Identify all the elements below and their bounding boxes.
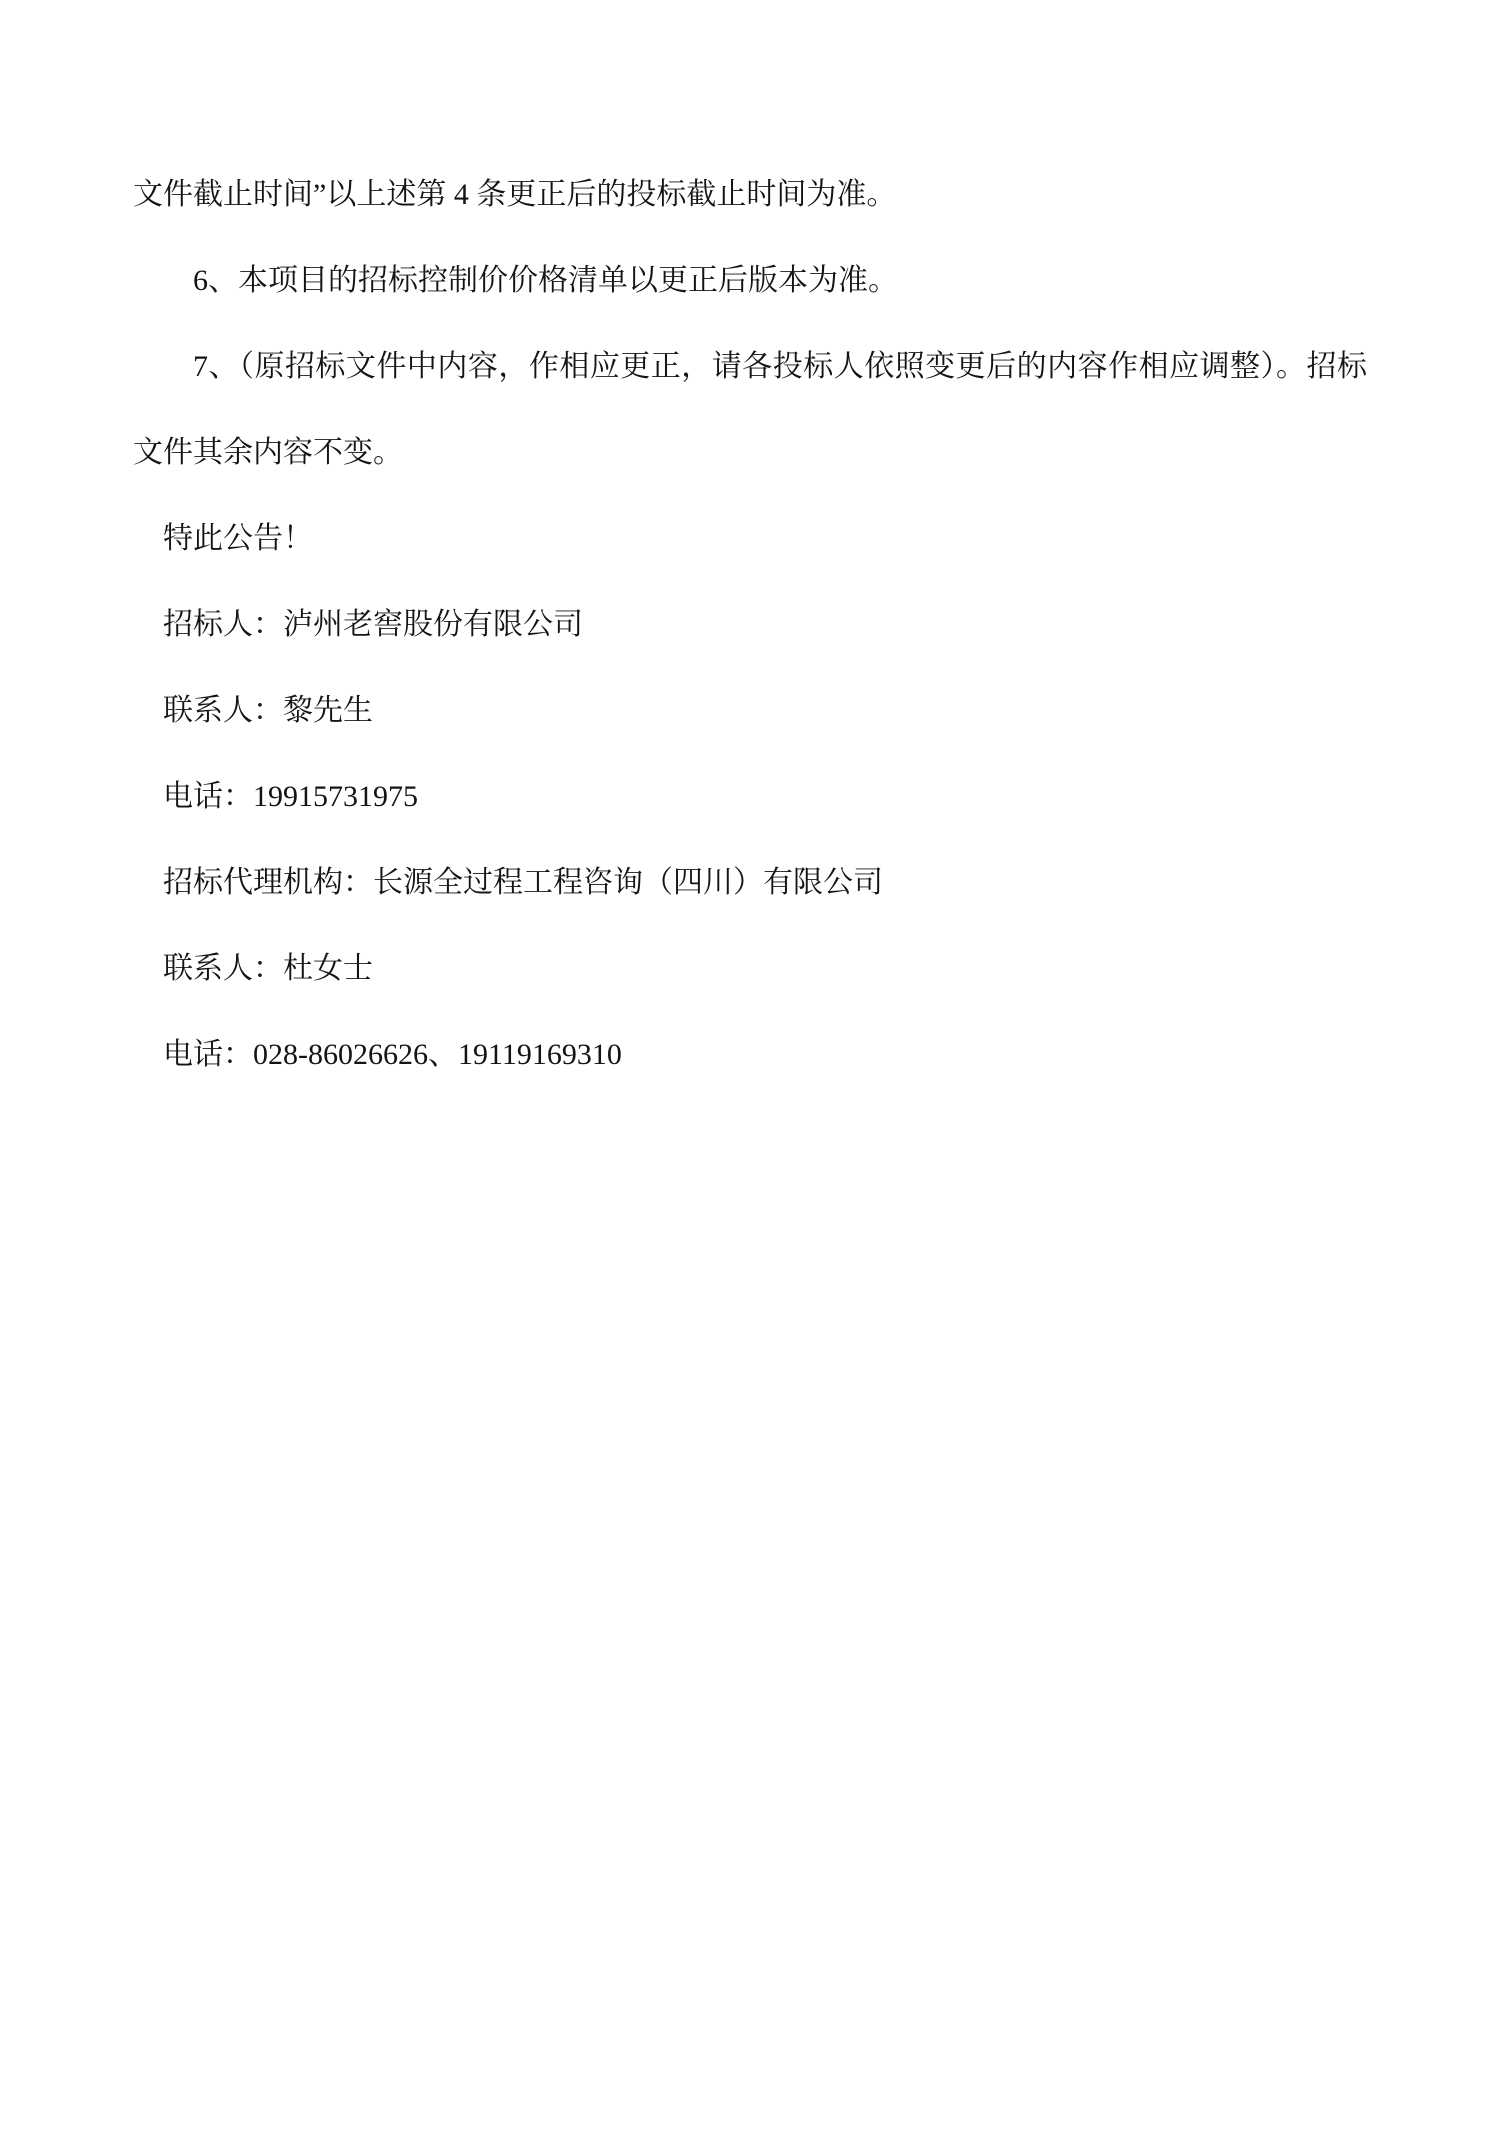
tenderer-line: 招标人：泸州老窖股份有限公司 xyxy=(133,582,1367,668)
notice-statement: 特此公告！ xyxy=(133,496,1367,582)
tenderer-phone-line: 电话：19915731975 xyxy=(133,754,1367,840)
clause-5-continuation-line: 文件截止时间”以上述第 4 条更正后的投标截止时间为准。 xyxy=(133,152,1367,238)
clause-6: 6、本项目的招标控制价价格清单以更正后版本为准。 xyxy=(133,238,1367,324)
clause-7: 7、（原招标文件中内容，作相应更正，请各投标人依照变更后的内容作相应调整）。招标… xyxy=(133,324,1367,496)
tenderer-contact-line: 联系人：黎先生 xyxy=(133,668,1367,754)
document-page: 文件截止时间”以上述第 4 条更正后的投标截止时间为准。6、本项目的招标控制价价… xyxy=(0,0,1500,2137)
agency-line: 招标代理机构：长源全过程工程咨询（四川）有限公司 xyxy=(133,840,1367,926)
document-body: 文件截止时间”以上述第 4 条更正后的投标截止时间为准。6、本项目的招标控制价价… xyxy=(133,152,1367,1098)
agency-phone-line: 电话：028-86026626、19119169310 xyxy=(133,1012,1367,1098)
agency-contact-line: 联系人：杜女士 xyxy=(133,926,1367,1012)
